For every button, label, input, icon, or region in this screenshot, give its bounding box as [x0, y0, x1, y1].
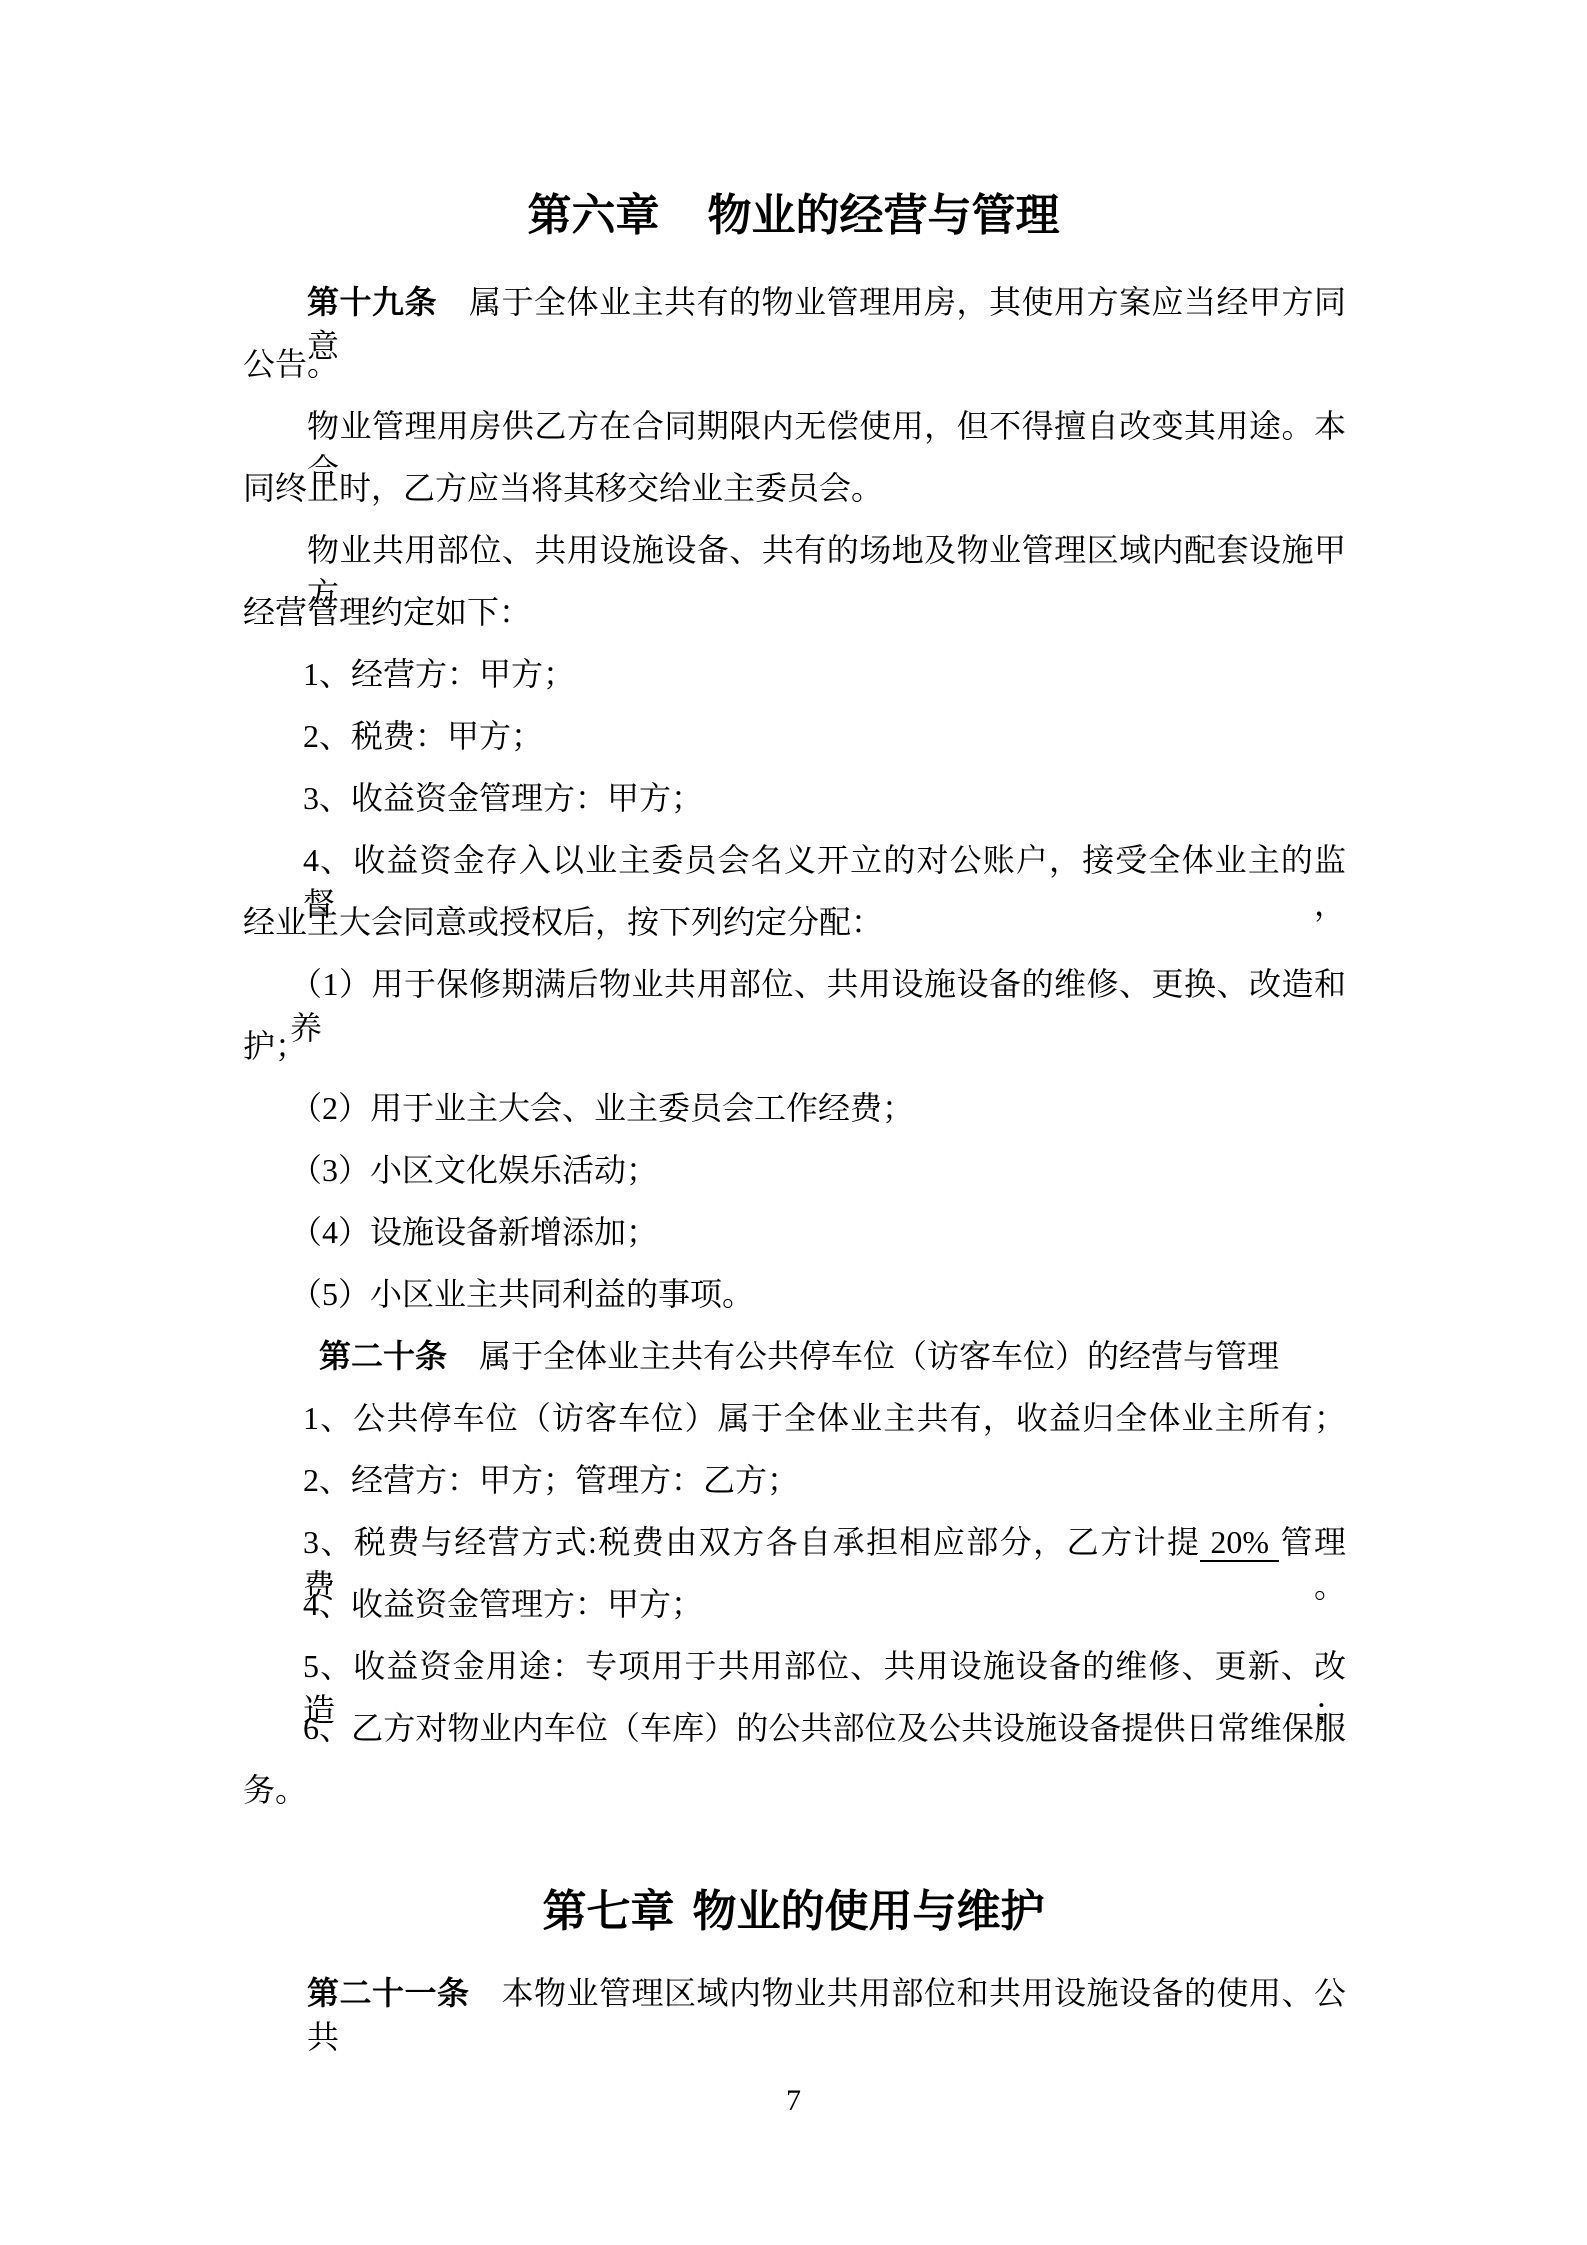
- clause-20-title: 属于全体业主共有公共停车位（访客车位）的经营与管理: [479, 1338, 1279, 1374]
- chapter-7-number: 第七章: [543, 1887, 675, 1936]
- clause-19-lead: 第十九条: [307, 284, 437, 320]
- clause-20-item-1: 1、公共停车位（访客车位）属于全体业主共有，收益归全体业主所有；: [243, 1396, 1346, 1440]
- clause-19-subitem-5: （5）小区业主共同利益的事项。: [243, 1272, 1346, 1316]
- clause-19-subitem-1-line-2: 护；: [243, 1024, 1346, 1068]
- chapter-6-heading: 第六章物业的经营与管理: [0, 190, 1587, 242]
- clause-20-lead: 第二十条: [319, 1338, 447, 1374]
- chapter-6-number: 第六章: [528, 191, 660, 240]
- clause-21-lead: 第二十一条: [307, 1975, 470, 2011]
- clause-19-item-1: 1、经营方：甲方；: [243, 652, 1346, 696]
- clause-20-item-2: 2、经营方：甲方；管理方：乙方；: [243, 1458, 1346, 1502]
- contract-page: 第六章物业的经营与管理 第十九条属于全体业主共有的物业管理用房，其使用方案应当经…: [0, 0, 1587, 2245]
- clause-20-item-6-line-2: 务。: [243, 1768, 1346, 1812]
- clause-20-item-3-text: 3、税费与经营方式:税费由双方各自承担相应部分，乙方计提: [303, 1524, 1200, 1560]
- clause-19-item-2: 2、税费：甲方；: [243, 714, 1346, 758]
- clause-21-line-1: 第二十一条本物业管理区域内物业共用部位和共用设施设备的使用、公共: [243, 1971, 1346, 2059]
- clause-19-item-3: 3、收益资金管理方：甲方；: [243, 776, 1346, 820]
- chapter-7-heading: 第七章物业的使用与维护: [0, 1886, 1587, 1938]
- page-number: 7: [0, 2083, 1587, 2119]
- para-office-line-2: 同终止时，乙方应当将其移交给业主委员会。: [243, 466, 1346, 510]
- clause-19-line-2: 公告。: [243, 342, 1346, 386]
- management-fee-percentage: 20%: [1200, 1524, 1279, 1562]
- chapter-6-title: 物业的经营与管理: [708, 191, 1060, 240]
- para-shared-line-2: 经营管理约定如下：: [243, 590, 1346, 634]
- clause-19-subitem-2: （2）用于业主大会、业主委员会工作经费；: [243, 1086, 1346, 1130]
- chapter-7-title: 物业的使用与维护: [693, 1887, 1045, 1936]
- clause-19-subitem-3: （3）小区文化娱乐活动；: [243, 1148, 1346, 1192]
- clause-20-heading-line: 第二十条属于全体业主共有公共停车位（访客车位）的经营与管理: [243, 1334, 1346, 1378]
- clause-19-subitem-4: （4）设施设备新增添加；: [243, 1210, 1346, 1254]
- clause-20-item-6-line-1: 6、乙方对物业内车位（车库）的公共部位及公共设施设备提供日常维保服: [243, 1706, 1346, 1750]
- clause-19-item-4-line-2: 经业主大会同意或授权后，按下列约定分配：: [243, 900, 1346, 944]
- clause-20-item-4: 4、收益资金管理方：甲方；: [243, 1582, 1346, 1626]
